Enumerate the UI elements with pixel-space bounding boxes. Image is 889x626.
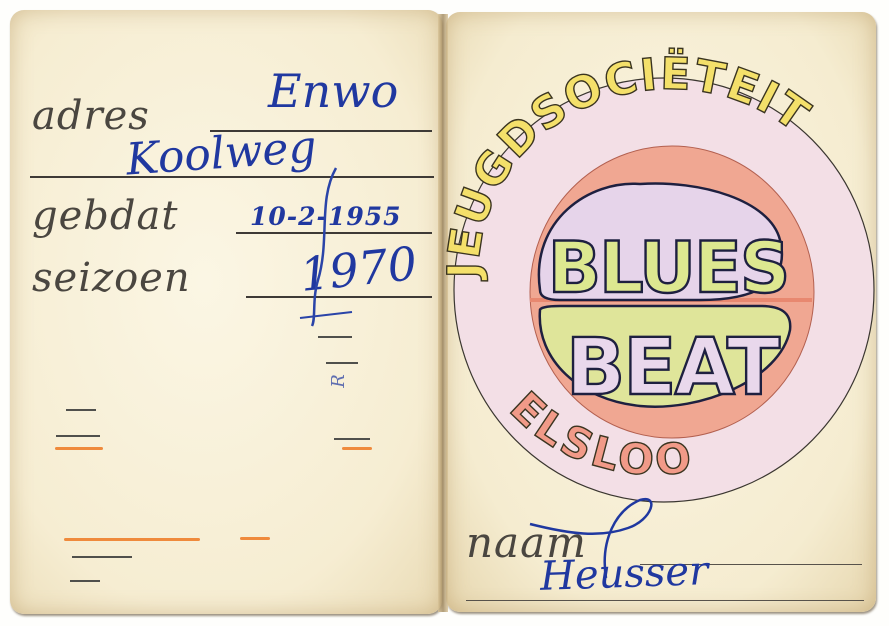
signature-flourish	[0, 0, 889, 626]
